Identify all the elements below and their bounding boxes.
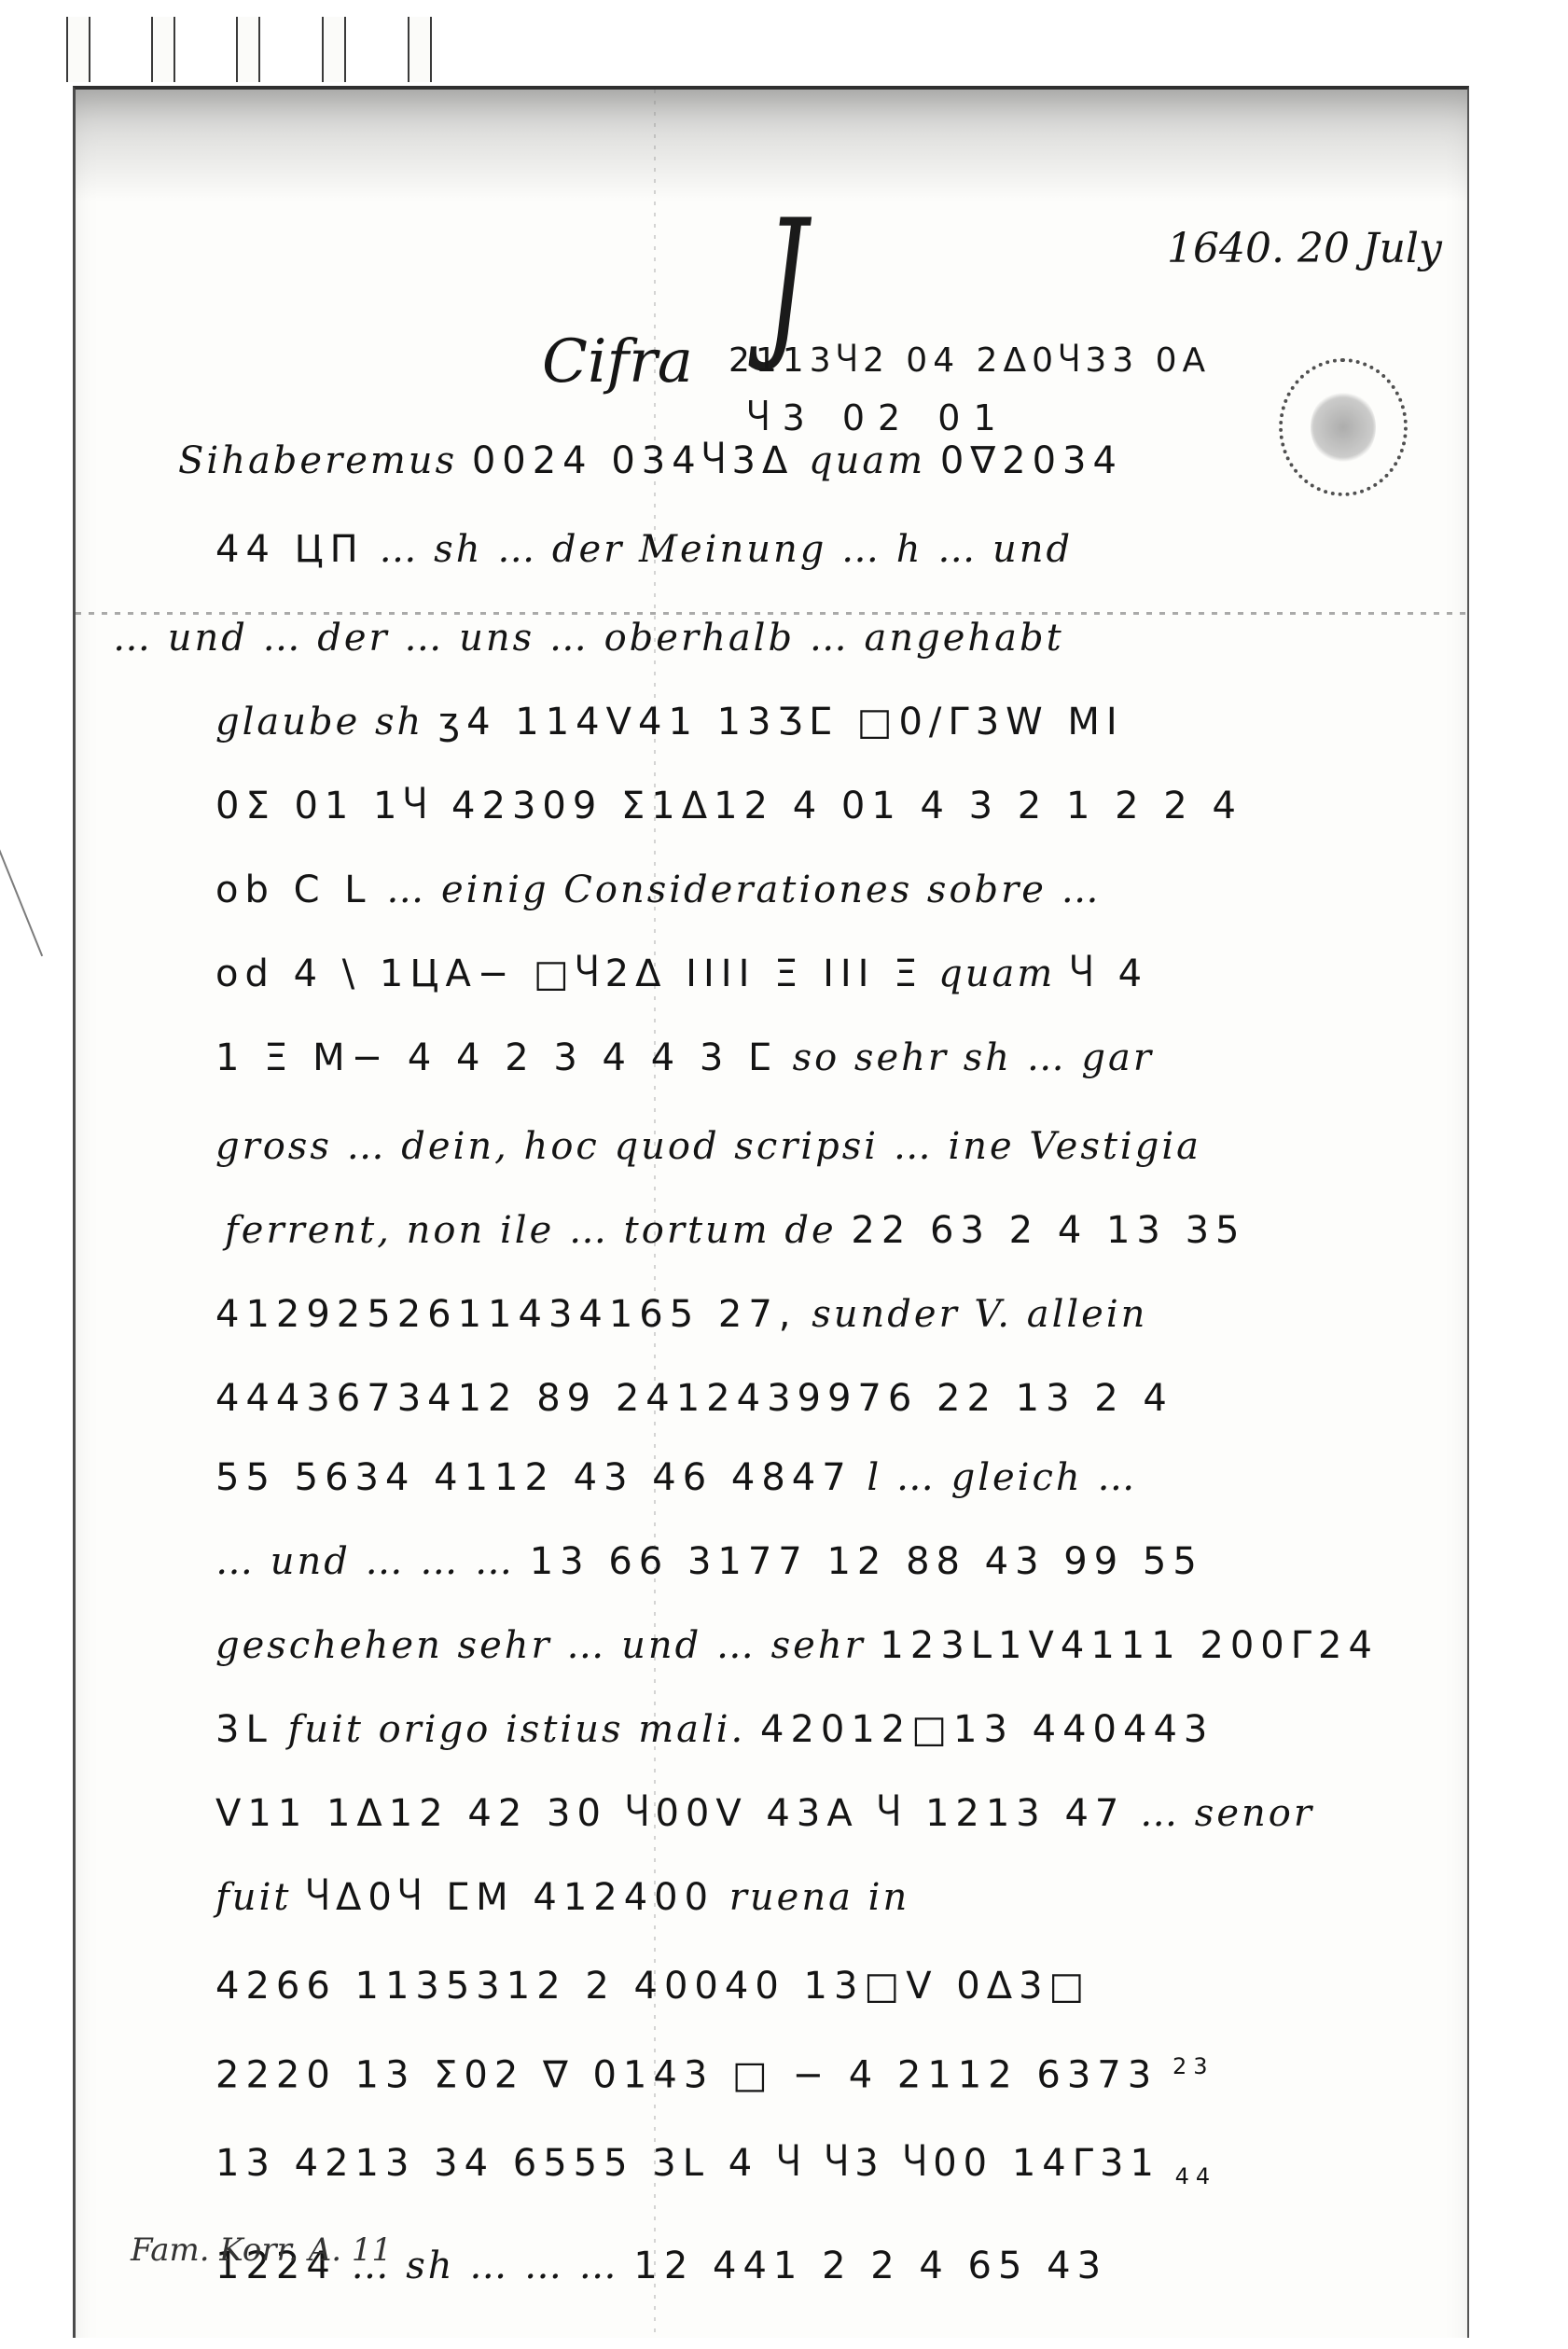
letter-line: glaube sh ʒ4 114V41 13Ʒⵎ □0/Γ3W MI bbox=[215, 701, 1124, 744]
letter-line: fuit ႷΔ0Ⴗ ⵎM 412400 ruena in bbox=[215, 1876, 909, 1919]
letter-line: 3L fuit origo istius mali. 42012□13 4404… bbox=[215, 1708, 1214, 1751]
letter-line: ferrent, non ile … tortum de 22 63 2 4 1… bbox=[225, 1209, 1246, 1252]
letter-line: ob C L … einig Considerationes sobre … bbox=[215, 869, 1102, 911]
letter-line: 44 ЦП … sh … der Meinung … h … und bbox=[215, 528, 1073, 571]
letter-line: 1 Ξ M− 4 4 2 3 4 4 3 ⵎ so sehr sh … gar bbox=[215, 1036, 1154, 1079]
letter-page: J 1640. 20 July Cifra 2113Ⴗ2 04 2Δ0Ⴗ33 0… bbox=[73, 86, 1469, 2338]
letter-line: 4443673412 89 2412439976 22 13 2 4 bbox=[215, 1377, 1173, 1420]
binder-tab bbox=[66, 17, 90, 82]
letter-line: 4129252611434165 27, sunder V. allein bbox=[215, 1293, 1147, 1336]
letter-line: … und … … … 13 66 3177 12 88 43 99 55 bbox=[215, 1540, 1203, 1583]
letter-line: 4266 1135312 2 40040 13□V 0Δ3□ bbox=[215, 1965, 1090, 2008]
binder-tab bbox=[236, 17, 260, 82]
binder-tab bbox=[322, 17, 346, 82]
letter-line: V11 1Δ12 42 30 Ⴗ00V 43A Ⴗ 1213 47 … seno… bbox=[215, 1792, 1314, 1835]
archive-stamp bbox=[1279, 358, 1408, 496]
letter-line: 2220 13 Σ02 ∇ 0143 □ − 4 2112 6373 23 bbox=[215, 2053, 1214, 2096]
stamp-emblem-icon bbox=[1311, 390, 1376, 465]
cifra-code-line-2: Ⴗ3 02 01 bbox=[747, 397, 1009, 438]
letter-line: geschehen sehr … und … sehr 123L1V4111 2… bbox=[215, 1624, 1379, 1667]
letter-line: … und … der … uns … oberhalb … angehabt bbox=[113, 617, 1064, 660]
letter-line: od 4 \ 1ЦA− □Ⴗ2Δ IIII Ξ III Ξ quam Ⴗ 4 bbox=[215, 952, 1148, 995]
binder-tab bbox=[408, 17, 432, 82]
letter-line: 0Σ 01 1Ⴗ 42309 Σ1Δ12 4 01 4 3 2 1 2 2 4 bbox=[215, 785, 1242, 827]
letter-line: gross … dein, hoc quod scripsi … ine Ves… bbox=[215, 1125, 1201, 1168]
letter-line: 55 5634 4112 43 46 4847 l … gleich … bbox=[215, 1456, 1137, 1499]
letter-date: 1640. 20 July bbox=[1167, 225, 1442, 272]
archive-reference: Fam. Korr. A. 11 bbox=[131, 2231, 392, 2269]
letter-line: 13 4213 34 6555 3L 4 Ⴗ Ⴗ3 Ⴗ00 14Γ31 44 bbox=[215, 2142, 1216, 2189]
letter-line: Sihaberemus 0024 034Ⴗ3Δ quam 0∇2034 bbox=[178, 439, 1123, 482]
cifra-code-line-1: 2113Ⴗ2 04 2Δ0Ⴗ33 0A bbox=[728, 341, 1211, 380]
cifra-label: Cifra bbox=[542, 327, 693, 396]
binder-tab bbox=[151, 17, 175, 82]
margin-scratch bbox=[0, 835, 43, 957]
fold-line bbox=[76, 612, 1467, 615]
